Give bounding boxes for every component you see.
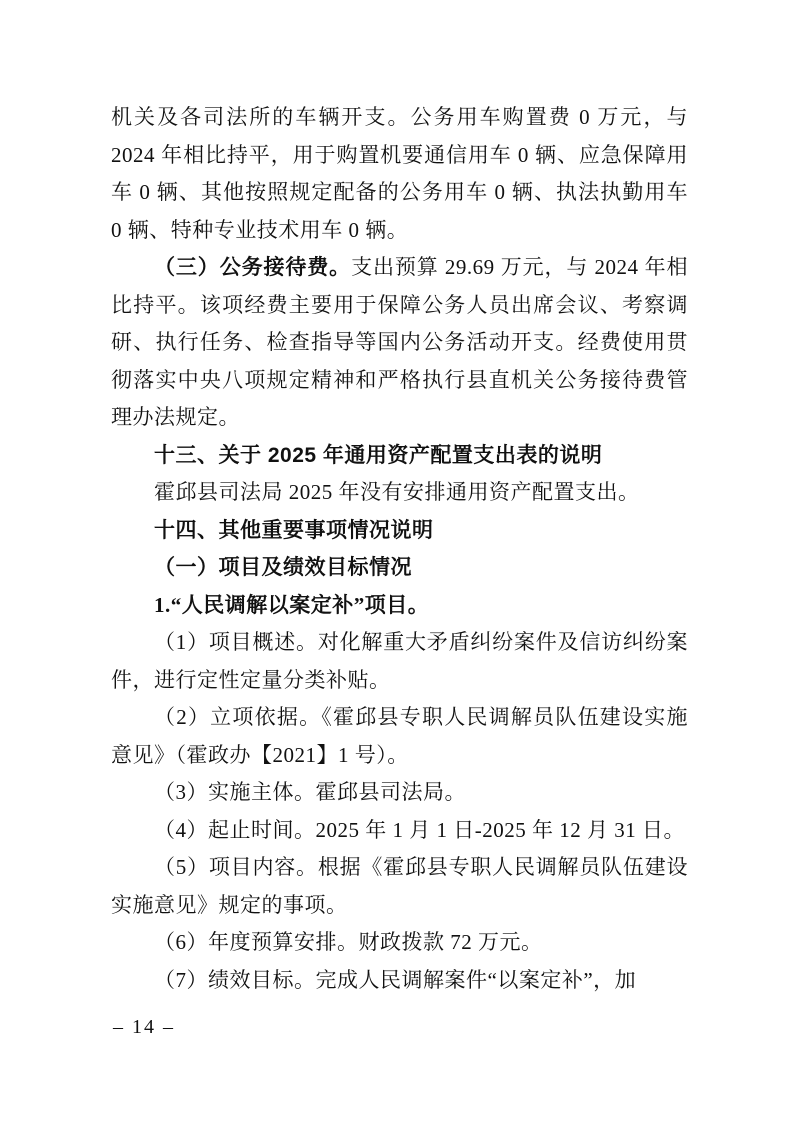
paragraph-no-asset-allocation-segment-0: 霍邱县司法局 2025 年没有安排通用资产配置支出。 <box>154 480 640 504</box>
paragraph-item-3-entity: （3）实施主体。霍邱县司法局。 <box>111 774 688 812</box>
paragraph-item-6-budget: （6）年度预算安排。财政拨款 72 万元。 <box>111 924 688 962</box>
paragraph-official-reception-segment-1: 支出预算 29.69 万元，与 2024 年相比持平。该项经费主要用于保障公务人… <box>111 255 688 429</box>
heading-section-14-segment-0: 十四、其他重要事项情况说明 <box>154 519 434 542</box>
paragraph-item-3-entity-segment-0: （3）实施主体。霍邱县司法局。 <box>154 780 466 804</box>
paragraph-official-reception: （三）公务接待费。支出预算 29.69 万元，与 2024 年相比持平。该项经费… <box>111 249 688 437</box>
document-page: 机关及各司法所的车辆开支。公务用车购置费 0 万元，与 2024 年相比持平，用… <box>0 0 793 1122</box>
paragraph-item-4-duration-segment-0: （4）起止时间。2025 年 1 月 1 日-2025 年 12 月 31 日。 <box>154 818 685 842</box>
document-body: 机关及各司法所的车辆开支。公务用车购置费 0 万元，与 2024 年相比持平，用… <box>111 99 688 999</box>
paragraph-vehicle-expenses: 机关及各司法所的车辆开支。公务用车购置费 0 万元，与 2024 年相比持平，用… <box>111 99 688 249</box>
heading-project-1: 1.“人民调解以案定补”项目。 <box>111 587 688 625</box>
paragraph-official-reception-segment-0: （三）公务接待费。 <box>154 255 351 279</box>
paragraph-item-1-overview: （1）项目概述。对化解重大矛盾纠纷案件及信访纠纷案件，进行定性定量分类补贴。 <box>111 624 688 699</box>
paragraph-item-2-basis: （2）立项依据。《霍邱县专职人民调解员队伍建设实施意见》（霍政办【2021】1 … <box>111 699 688 774</box>
paragraph-no-asset-allocation: 霍邱县司法局 2025 年没有安排通用资产配置支出。 <box>111 474 688 512</box>
heading-project-1-segment-0: 1.“人民调解以案定补”项目。 <box>154 593 429 617</box>
paragraph-item-5-content: （5）项目内容。根据《霍邱县专职人民调解员队伍建设实施意见》规定的事项。 <box>111 849 688 924</box>
heading-section-14: 十四、其他重要事项情况说明 <box>111 512 688 550</box>
paragraph-item-7-goal-segment-0: （7）绩效目标。完成人民调解案件“以案定补”，加 <box>154 968 636 992</box>
paragraph-item-1-overview-segment-0: （1）项目概述。对化解重大矛盾纠纷案件及信访纠纷案件，进行定性定量分类补贴。 <box>111 630 688 692</box>
heading-section-13: 十三、关于 2025 年通用资产配置支出表的说明 <box>111 437 688 475</box>
heading-section-13-segment-0: 十三、关于 2025 年通用资产配置支出表的说明 <box>154 444 602 467</box>
heading-project-performance: （一）项目及绩效目标情况 <box>111 549 688 587</box>
paragraph-item-2-basis-segment-0: （2）立项依据。《霍邱县专职人民调解员队伍建设实施意见》（霍政办【2021】1 … <box>111 705 688 767</box>
paragraph-vehicle-expenses-segment-0: 机关及各司法所的车辆开支。公务用车购置费 0 万元，与 2024 年相比持平，用… <box>111 105 688 242</box>
heading-project-performance-segment-0: （一）项目及绩效目标情况 <box>154 555 412 579</box>
paragraph-item-5-content-segment-0: （5）项目内容。根据《霍邱县专职人民调解员队伍建设实施意见》规定的事项。 <box>111 855 688 917</box>
page-number: – 14 – <box>113 1012 175 1042</box>
paragraph-item-4-duration: （4）起止时间。2025 年 1 月 1 日-2025 年 12 月 31 日。 <box>111 812 688 850</box>
paragraph-item-7-goal: （7）绩效目标。完成人民调解案件“以案定补”，加 <box>111 962 688 1000</box>
paragraph-item-6-budget-segment-0: （6）年度预算安排。财政拨款 72 万元。 <box>154 930 543 954</box>
